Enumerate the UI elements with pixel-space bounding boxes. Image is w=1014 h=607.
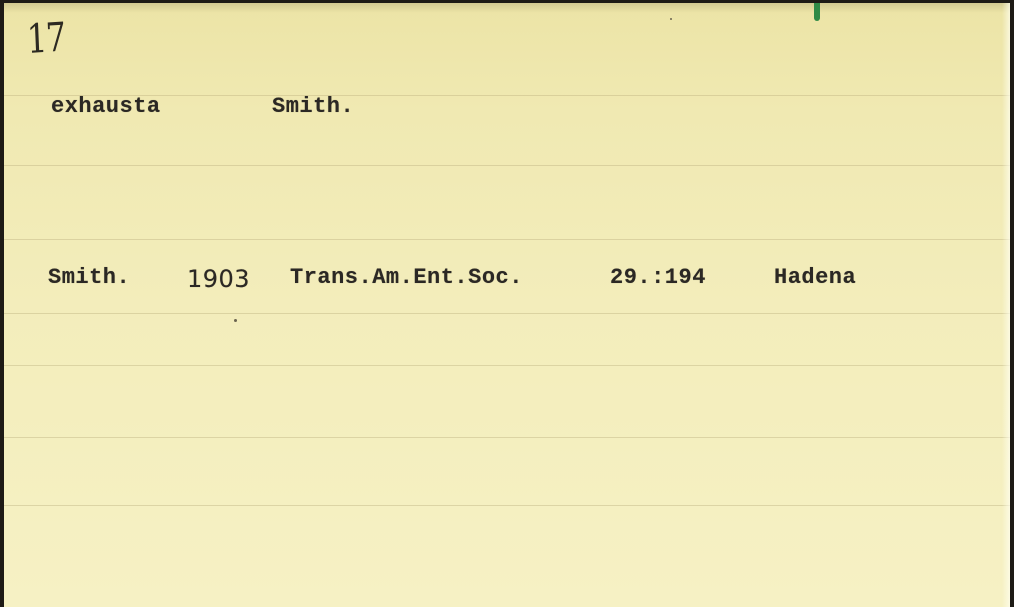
index-card: 17 exhausta Smith. Smith. 1903 Trans.Am.… [4, 3, 1010, 607]
paper-speck [234, 319, 237, 322]
card-top-shadow [4, 3, 1010, 13]
ruled-line [4, 365, 1010, 366]
citation-volume-page: 29.:194 [610, 265, 706, 290]
paper-speck [670, 18, 672, 20]
citation-publication: Trans.Am.Ent.Soc. [290, 265, 523, 290]
citation-genus: Hadena [774, 265, 856, 290]
citation-author: Smith. [48, 265, 130, 290]
green-tab-marker [814, 3, 820, 21]
ruled-line [4, 165, 1010, 166]
handwritten-card-number: 17 [26, 15, 65, 63]
ruled-line [4, 437, 1010, 438]
species-name: exhausta [51, 94, 161, 119]
ruled-line [4, 313, 1010, 314]
ruled-line [4, 505, 1010, 506]
species-author: Smith. [272, 94, 354, 119]
ruled-line [4, 239, 1010, 240]
citation-year: 1903 [187, 265, 250, 293]
scanned-card-image: 17 exhausta Smith. Smith. 1903 Trans.Am.… [0, 0, 1014, 607]
